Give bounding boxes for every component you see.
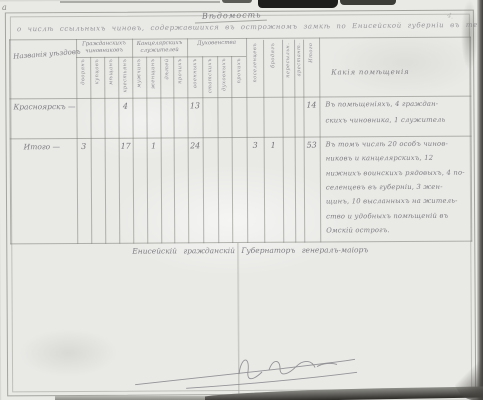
scan-artifact-top-strip-3 [340, 0, 396, 5]
cell-value: 13 [187, 101, 202, 110]
cell-value: 1 [264, 141, 283, 150]
column-label: бродягъ [270, 43, 276, 68]
row-label: Итого — [24, 142, 60, 151]
note-line: Въ помѣщеніяхъ, 4 граждан- [325, 100, 438, 109]
table-grid-line [217, 56, 219, 243]
column-group-label: Гражданскихъ чиновниковъ [76, 40, 132, 55]
column-group-label: Канцелярскихъ служителей [132, 40, 187, 55]
column-label: пересыльн. [285, 43, 291, 78]
column-label: мѣщанъ [108, 59, 114, 85]
column-label: статскихъ [207, 58, 213, 93]
paper-sheet: Вѣдомость о числѣ ссыльныхъ чиновъ, соде… [0, 0, 483, 400]
cell-value: 1 [147, 141, 161, 150]
table-grid-line [104, 57, 106, 244]
table-grid-line [10, 136, 472, 140]
column-label: прочихъ [236, 58, 242, 83]
corner-mark: а [2, 3, 7, 12]
table-grid-line [9, 39, 11, 244]
column-label: дворянъ [80, 59, 86, 85]
column-label: арестант. [296, 43, 302, 77]
cell-value: 24 [188, 141, 203, 150]
note-line: селенцевъ въ губерніи, 3 жен- [326, 183, 443, 192]
column-label: духовныхъ [221, 58, 227, 91]
cell-value: 4 [118, 102, 132, 111]
cell-value: 17 [119, 142, 133, 151]
column-label: мужчинъ [136, 59, 142, 88]
column-label: купцовъ [94, 59, 100, 84]
row-label: Красноярскъ — [13, 102, 75, 111]
note-line: ство и удобныхъ помѣщеній въ [326, 211, 448, 220]
table-grid-line [231, 56, 233, 243]
cell-value: 3 [77, 142, 91, 151]
table-grid-line [10, 241, 472, 245]
signature-flourish [131, 342, 361, 393]
note-line: щинъ, 10 высланныхъ на житель- [326, 197, 458, 206]
cell-value: 14 [303, 101, 319, 110]
cell-value: 53 [304, 141, 320, 150]
scanned-document-page: Вѣдомость о числѣ ссыльныхъ чиновъ, соде… [0, 0, 483, 400]
note-line: никовъ и канцелярскихъ, 12 [326, 154, 434, 163]
scan-artifact-top-strip-2 [258, 0, 338, 8]
closing-official-line: Енисейскій гражданскій Губернаторъ генер… [110, 245, 390, 256]
note-line: скихъ чиновника, 1 служитель [325, 116, 445, 125]
column-label: военныхъ [192, 58, 198, 88]
column-group-label: Духовенства [187, 39, 246, 47]
note-line: Омскій острогъ. [326, 226, 390, 234]
column-label: женщинъ [150, 59, 156, 89]
scan-artifact-right-blotch [461, 0, 478, 70]
table-grid-line [9, 96, 471, 100]
notes-column-title: Какія помѣщенія [331, 68, 409, 76]
note-line: Въ томъ числѣ 20 особъ чинов- [326, 140, 448, 149]
column-label: прочихъ [177, 58, 183, 83]
cell-value: 3 [247, 141, 264, 150]
scan-artifact-bottom-left-band [55, 396, 205, 400]
scan-artifact-top-strip-1 [222, 0, 252, 3]
document-subtitle: о числѣ ссыльныхъ чиновъ, содержавшихся … [17, 20, 483, 33]
corner-annotation: 4. [446, 11, 454, 20]
table-grid-line [173, 56, 175, 243]
note-line: нижнихъ воинскихъ рядовыхъ, 4 по- [326, 168, 465, 177]
column-label: поселенцевъ [252, 43, 258, 83]
column-label: Итого [308, 43, 314, 63]
scan-artifact-top-line [60, 1, 220, 3]
ledger-table: Названія уѣздовъ Какія помѣщенія Граждан… [9, 37, 472, 245]
column-label: дѣтей [164, 58, 170, 79]
column-label: крестьянъ [122, 59, 128, 93]
row-header-column-title: Названія уѣздовъ [13, 48, 81, 61]
